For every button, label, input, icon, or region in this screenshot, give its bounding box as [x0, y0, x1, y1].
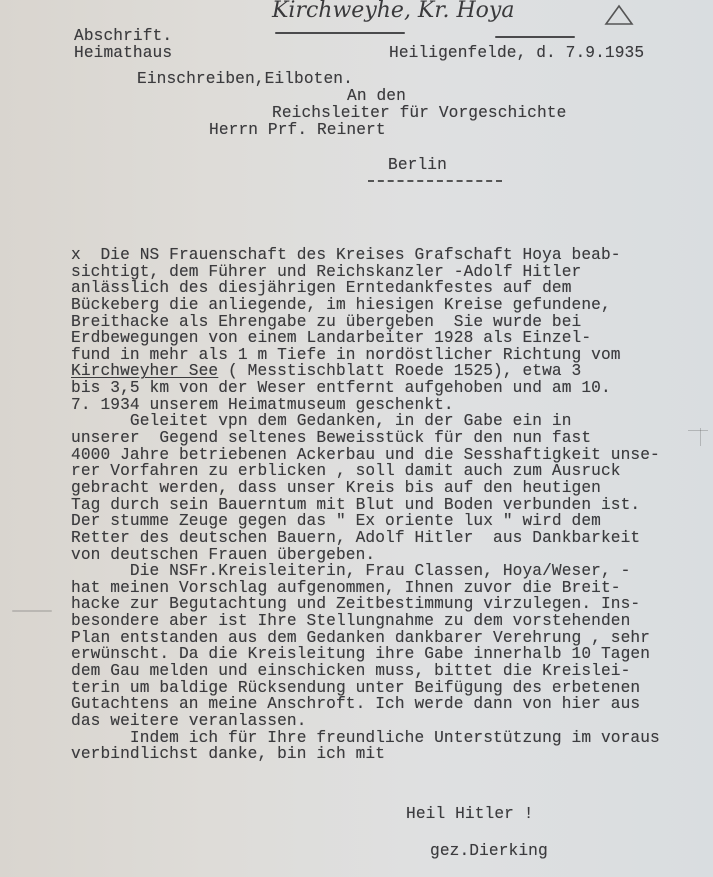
body-line: Breithacke als Ehrengabe zu übergeben Si…: [71, 314, 660, 331]
body-line: von deutschen Frauen übergeben.: [71, 547, 660, 564]
body-line: verbindlichst danke, bin ich mit: [71, 746, 660, 763]
recipient-line-1: An den: [347, 88, 406, 105]
body-line: Indem ich für Ihre freundliche Unterstüt…: [71, 730, 660, 747]
underlined-place-name: Kirchweyher See: [71, 362, 218, 380]
body-line: Erdbewegungen von einem Landarbeiter 192…: [71, 330, 660, 347]
body-line: hacke zur Begutachtung und Zeitbestimmun…: [71, 596, 660, 613]
body-line: x Die NS Frauenschaft des Kreises Grafsc…: [71, 247, 660, 264]
recipient-line-2: Reichsleiter für Vorgeschichte: [272, 105, 566, 122]
signature: gez.Dierking: [430, 843, 548, 860]
recipient-line-3: Herrn Prf. Reinert: [209, 122, 386, 139]
body-line: Plan entstanden aus dem Gedanken dankbar…: [71, 630, 660, 647]
body-line: Geleitet vpn dem Gedanken, in der Gabe e…: [71, 413, 660, 430]
body-line: 7. 1934 unserem Heimatmuseum geschenkt.: [71, 397, 660, 414]
paper-mark: [12, 610, 52, 612]
handwritten-underline: [495, 36, 575, 38]
copy-label: Abschrift.: [74, 28, 172, 45]
paper-mark: [688, 430, 708, 431]
handwritten-note: Kirchweyhe, Kr. Hoya: [272, 0, 514, 23]
body-line: Bückeberg die anliegende, im hiesigen Kr…: [71, 297, 660, 314]
letter-body: x Die NS Frauenschaft des Kreises Grafsc…: [71, 247, 660, 763]
body-line: das weitere veranlassen.: [71, 713, 660, 730]
body-line: Der stumme Zeuge gegen das " Ex oriente …: [71, 513, 660, 530]
body-line: rer Vorfahren zu erblicken , soll damit …: [71, 463, 660, 480]
recipient-city: Berlin: [388, 157, 447, 174]
body-line: gebracht werden, dass unser Kreis bis au…: [71, 480, 660, 497]
body-line: anlässlich des diesjährigen Erntedankfes…: [71, 280, 660, 297]
body-line: terin um baldige Rücksendung unter Beifü…: [71, 680, 660, 697]
body-line: erwünscht. Da die Kreisleitung ihre Gabe…: [71, 646, 660, 663]
body-line: Kirchweyher See ( Messtischblatt Roede 1…: [71, 363, 660, 380]
body-line: 4000 Jahre betriebenen Ackerbau und die …: [71, 447, 660, 464]
body-line: Gutachtens an meine Anschroft. Ich werde…: [71, 696, 660, 713]
letter-page: Kirchweyhe, Kr. Hoya Abschrift. Heimatha…: [0, 0, 713, 877]
triangle-icon: [604, 4, 634, 26]
delivery-method: Einschreiben,Eilboten.: [137, 71, 353, 88]
handwritten-underline: [275, 32, 405, 34]
body-line: Die NSFr.Kreisleiterin, Frau Classen, Ho…: [71, 563, 660, 580]
place-date: Heiligenfelde, d. 7.9.1935: [389, 45, 644, 62]
sender: Heimathaus: [74, 45, 172, 62]
divider: [368, 180, 502, 182]
body-line: sichtigt, dem Führer und Reichskanzler -…: [71, 264, 660, 281]
body-line: dem Gau melden und einschicken muss, bit…: [71, 663, 660, 680]
body-line: unserer Gegend seltenes Beweisstück für …: [71, 430, 660, 447]
body-line: besondere aber ist Ihre Stellungnahme zu…: [71, 613, 660, 630]
body-line: Retter des deutschen Bauern, Adolf Hitle…: [71, 530, 660, 547]
body-line: Tag durch sein Bauerntum mit Blut und Bo…: [71, 497, 660, 514]
body-line: fund in mehr als 1 m Tiefe in nordöstlic…: [71, 347, 660, 364]
body-line: bis 3,5 km von der Weser entfernt aufgeh…: [71, 380, 660, 397]
body-line: hat meinen Vorschlag aufgenommen, Ihnen …: [71, 580, 660, 597]
closing-salutation: Heil Hitler !: [406, 806, 534, 823]
